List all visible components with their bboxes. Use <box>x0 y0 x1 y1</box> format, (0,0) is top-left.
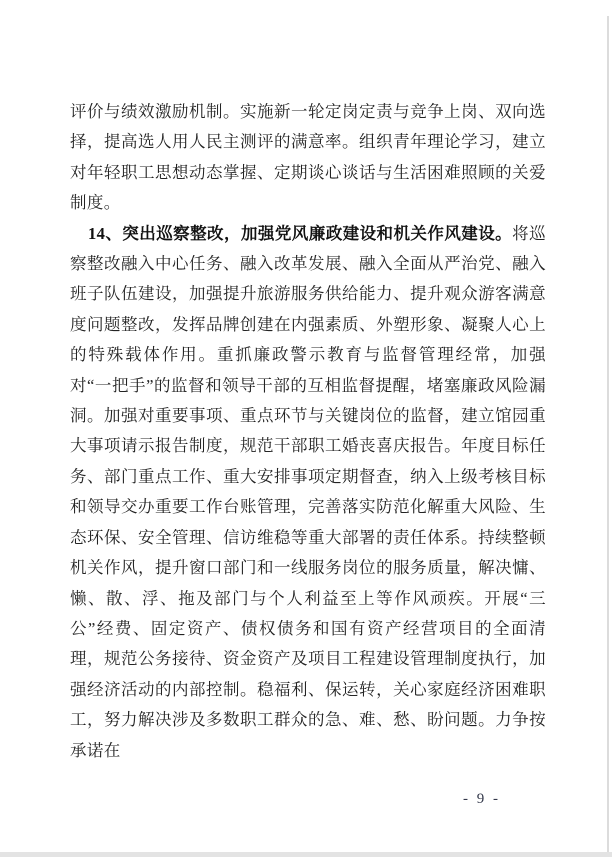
paragraph-item-14-body: 将巡察整改融入中心任务、融入改革发展、融入全面从严治党、融入班子队伍建设，加强提… <box>70 224 546 760</box>
page-edge-shadow-right <box>607 16 609 857</box>
document-body: 评价与绩效激励机制。实施新一轮定岗定责与竞争上岗、双向选择，提高选人用人民主测评… <box>70 97 546 766</box>
paragraph-item-14: 14、突出巡察整改，加强党风廉政建设和机关作风建设。将巡察整改融入中心任务、融入… <box>70 219 546 766</box>
paragraph-item-14-heading: 14、突出巡察整改，加强党风廉政建设和机关作风建设。 <box>88 224 512 243</box>
page-number: - 9 - <box>463 791 501 808</box>
document-page: 评价与绩效激励机制。实施新一轮定岗定责与竞争上岗、双向选择，提高选人用人民主测评… <box>0 0 612 857</box>
paragraph-continuation: 评价与绩效激励机制。实施新一轮定岗定责与竞争上岗、双向选择，提高选人用人民主测评… <box>70 97 546 219</box>
page-edge-shadow-bottom <box>0 852 612 857</box>
